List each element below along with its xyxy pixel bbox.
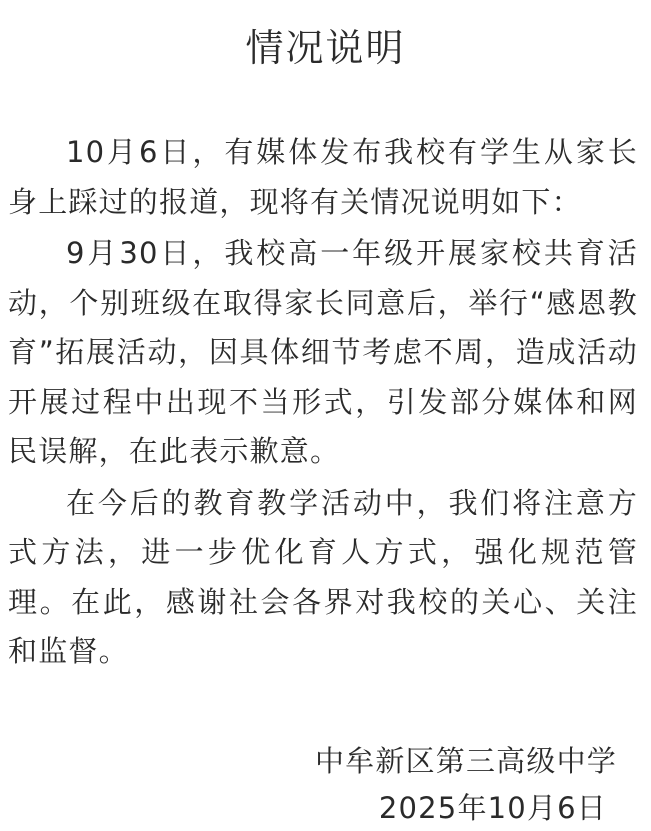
signature-organization: 中牟新区第三高级中学 <box>315 738 617 785</box>
paragraph-event-details: 9月30日，我校高一年级开展家校共育活动，个别班级在取得家长同意后，举行“感恩教… <box>8 229 638 477</box>
paragraph-commitment: 在今后的教育教学活动中，我们将注意方式方法，进一步优化育人方式，强化规范管理。在… <box>8 479 638 677</box>
signature-block: 中牟新区第三高级中学 2025年10月6日 <box>315 738 617 831</box>
signature-date: 2025年10月6日 <box>315 785 617 831</box>
statement-document: 情况说明 10月6日，有媒体发布我校有学生从家长身上踩过的报道，现将有关情况说明… <box>0 0 651 831</box>
paragraph-intro: 10月6日，有媒体发布我校有学生从家长身上踩过的报道，现将有关情况说明如下： <box>8 128 638 227</box>
document-title: 情况说明 <box>0 22 651 74</box>
document-body: 10月6日，有媒体发布我校有学生从家长身上踩过的报道，现将有关情况说明如下： 9… <box>8 128 638 677</box>
